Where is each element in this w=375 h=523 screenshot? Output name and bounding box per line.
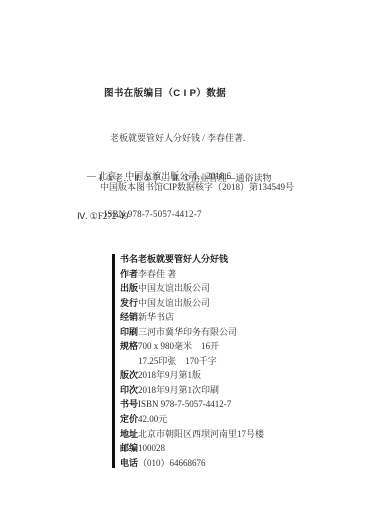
- left-rule: [112, 254, 115, 468]
- colophon-row-value: 100028: [138, 441, 165, 456]
- colophon-row-label: 书名: [120, 252, 138, 267]
- cip-classification-code-line: Ⅳ. ①F272-49: [77, 210, 272, 223]
- colophon-rows: 书名 老板就要管好人分好钱 作者 李春佳 著 出版 中国友谊出版公司 发行 中国…: [120, 252, 360, 470]
- colophon-row-label: 地址: [120, 427, 138, 442]
- colophon-row-label: 规格: [120, 339, 138, 354]
- colophon-row: 邮编 100028: [120, 441, 360, 456]
- colophon-row-value: 中国友谊出版公司: [138, 296, 210, 311]
- colophon-row-value: 新华书店: [138, 310, 174, 325]
- colophon-row-label: 版次: [120, 368, 138, 383]
- colophon-row-label: 作者: [120, 267, 138, 282]
- colophon-row-value: （010）64668676: [138, 456, 206, 471]
- colophon-row-value: 老板就要管好人分好钱: [138, 252, 228, 267]
- colophon-row: 发行 中国友谊出版公司: [120, 296, 360, 311]
- cip-entry-title-line: 老板就要管好人分好钱 / 李春佳著.: [110, 132, 245, 145]
- colophon-row: 电话 （010）64668676: [120, 456, 360, 471]
- colophon-row: 定价 42.00元: [120, 412, 360, 427]
- colophon-row-label: 印刷: [120, 325, 138, 340]
- colophon-row-value: 700 x 980毫米 16开: [138, 339, 219, 354]
- cip-header: 图书在版编目（C I P）数据: [104, 85, 226, 99]
- colophon-row-value: ISBN 978-7-5057-4412-7: [138, 397, 231, 412]
- colophon-row: 作者 李春佳 著: [120, 267, 360, 282]
- colophon-row: 书号 ISBN 978-7-5057-4412-7: [120, 397, 360, 412]
- colophon-row-value: 三河市冀华印务有限公司: [138, 325, 237, 340]
- colophon-row: 17.25印张 170千字: [120, 354, 360, 369]
- colophon-row-value: 2018年9月第1次印刷: [138, 383, 219, 398]
- book-copyright-page: 图书在版编目（C I P）数据 老板就要管好人分好钱 / 李春佳著. — 北京：…: [0, 0, 375, 523]
- colophon-row: 地址 北京市朝阳区西坝河南里17号楼: [120, 427, 360, 442]
- colophon-row: 印次 2018年9月第1次印刷: [120, 383, 360, 398]
- colophon-row-label: 书号: [120, 397, 138, 412]
- colophon-row-label: 电话: [120, 456, 138, 471]
- colophon-row-value: 42.00元: [138, 412, 167, 427]
- cip-record-number: 中国版本图书馆CIP数据核字（2018）第134549号: [100, 180, 294, 193]
- colophon-row: 出版 中国友谊出版公司: [120, 281, 360, 296]
- colophon-row-label: 经销: [120, 310, 138, 325]
- colophon-row-value: 17.25印张 170千字: [138, 354, 217, 369]
- colophon-row: 印刷 三河市冀华印务有限公司: [120, 325, 360, 340]
- colophon-row-label: 印次: [120, 383, 138, 398]
- colophon-row-label: 发行: [120, 296, 138, 311]
- colophon-row-label: 邮编: [120, 441, 138, 456]
- colophon-row: 规格 700 x 980毫米 16开: [120, 339, 360, 354]
- colophon-row: 版次 2018年9月第1版: [120, 368, 360, 383]
- colophon-row-value: 2018年9月第1版: [138, 368, 201, 383]
- colophon-row-label: 定价: [120, 412, 138, 427]
- colophon-row: 书名 老板就要管好人分好钱: [120, 252, 360, 267]
- colophon-row: 经销 新华书店: [120, 310, 360, 325]
- colophon-row-value: 北京市朝阳区西坝河南里17号楼: [138, 427, 264, 442]
- colophon-row-label: 出版: [120, 281, 138, 296]
- cip-classification-block: Ⅰ. ①老… Ⅱ. ①李… Ⅲ. ①企业管理—通俗读物 Ⅳ. ①F272-49: [77, 147, 272, 248]
- colophon-row-value: 李春佳 著: [138, 267, 176, 282]
- colophon-row-value: 中国友谊出版公司: [138, 281, 210, 296]
